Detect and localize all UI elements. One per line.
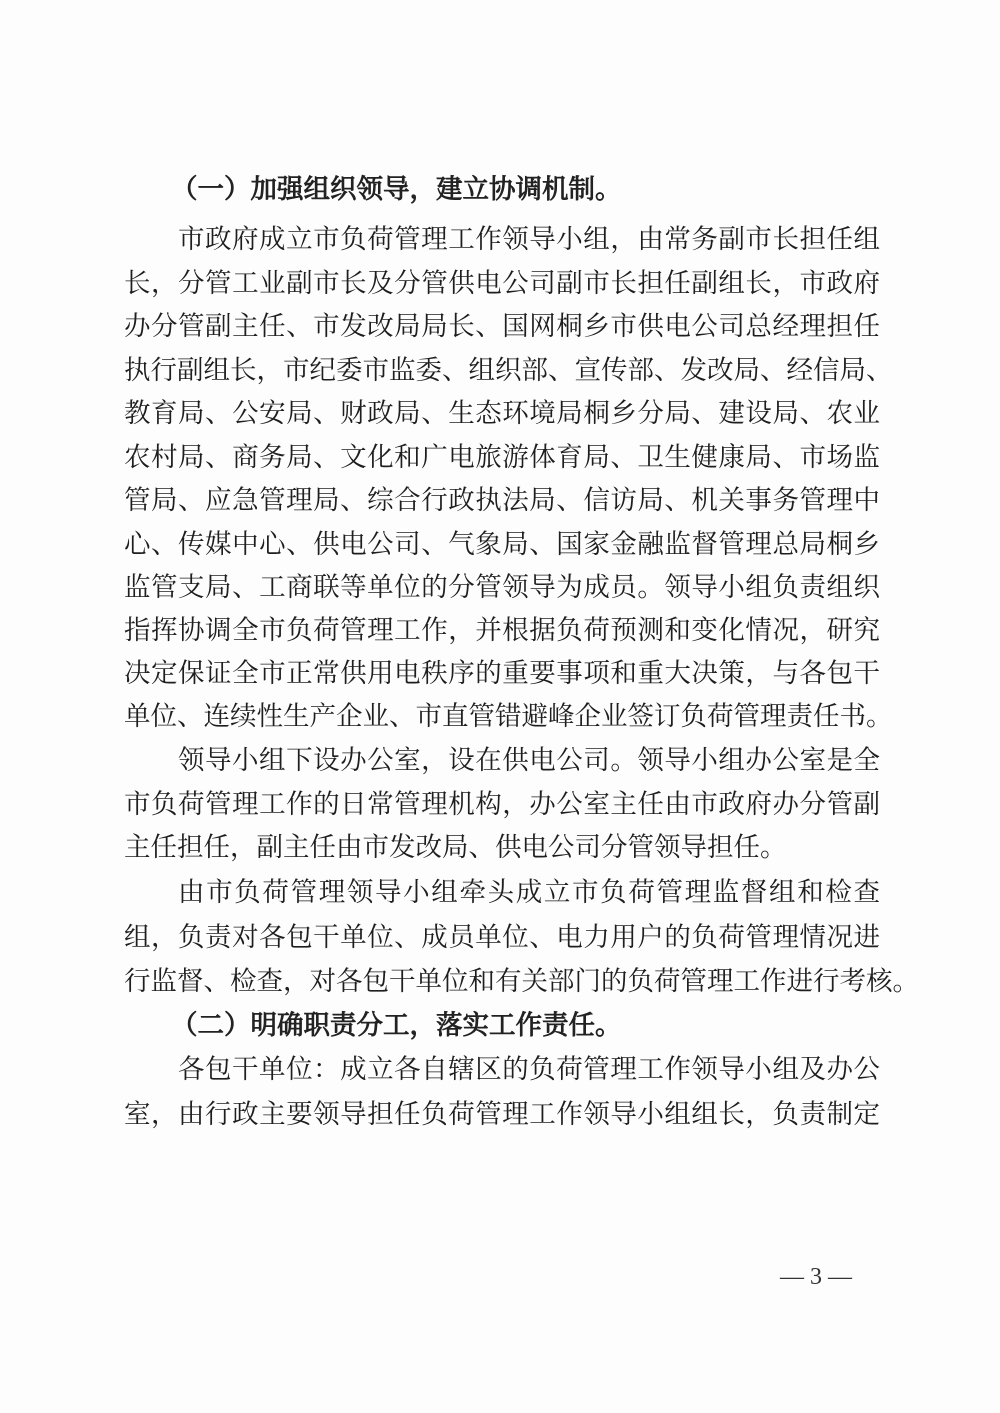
- text-line: 主任担任，副主任由市发改局、供电公司分管领导担任。: [124, 828, 880, 868]
- text-line: 各包干单位：成立各自辖区的负荷管理工作领导小组及办公: [178, 1050, 880, 1090]
- text-line: 市政府成立市负荷管理工作领导小组，由常务副市长担任组: [178, 220, 880, 260]
- text-line: 决定保证全市正常供用电秩序的重要事项和重大决策，与各包干: [124, 654, 880, 694]
- text-line: 办分管副主任、市发改局局长、国网桐乡市供电公司总经理担任: [124, 307, 880, 347]
- text-line: 室，由行政主要领导担任负荷管理工作领导小组组长，负责制定: [124, 1095, 880, 1135]
- document-page: （一）加强组织领导，建立协调机制。市政府成立市负荷管理工作领导小组，由常务副市长…: [0, 0, 1000, 1413]
- text-line: 长，分管工业副市长及分管供电公司副市长担任副组长，市政府: [124, 264, 880, 304]
- text-line: 监管支局、工商联等单位的分管领导为成员。领导小组负责组织: [124, 568, 880, 608]
- section-heading: （二）明确职责分工，落实工作责任。: [171, 1006, 880, 1046]
- text-line: 市负荷管理工作的日常管理机构，办公室主任由市政府办分管副: [124, 785, 880, 825]
- section-heading: （一）加强组织领导，建立协调机制。: [171, 170, 880, 210]
- text-line: 教育局、公安局、财政局、生态环境局桐乡分局、建设局、农业: [124, 394, 880, 434]
- text-line: 指挥协调全市负荷管理工作，并根据负荷预测和变化情况，研究: [124, 611, 880, 651]
- text-line: 行监督、检查，对各包干单位和有关部门的负荷管理工作进行考核。: [124, 962, 880, 1002]
- text-line: 组，负责对各包干单位、成员单位、电力用户的负荷管理情况进: [124, 918, 880, 958]
- text-line: 执行副组长，市纪委市监委、组织部、宣传部、发改局、经信局、: [124, 351, 880, 391]
- page-number: — 3 —: [780, 1262, 852, 1292]
- text-line: 心、传媒中心、供电公司、气象局、国家金融监督管理总局桐乡: [124, 525, 880, 565]
- text-line: 单位、连续性生产企业、市直管错避峰企业签订负荷管理责任书。: [124, 697, 880, 737]
- text-line: 管局、应急管理局、综合行政执法局、信访局、机关事务管理中: [124, 481, 880, 521]
- text-line: 领导小组下设办公室，设在供电公司。领导小组办公室是全: [178, 741, 880, 781]
- text-line: 由市负荷管理领导小组牵头成立市负荷管理监督组和检查: [178, 873, 880, 913]
- text-line: 农村局、商务局、文化和广电旅游体育局、卫生健康局、市场监: [124, 438, 880, 478]
